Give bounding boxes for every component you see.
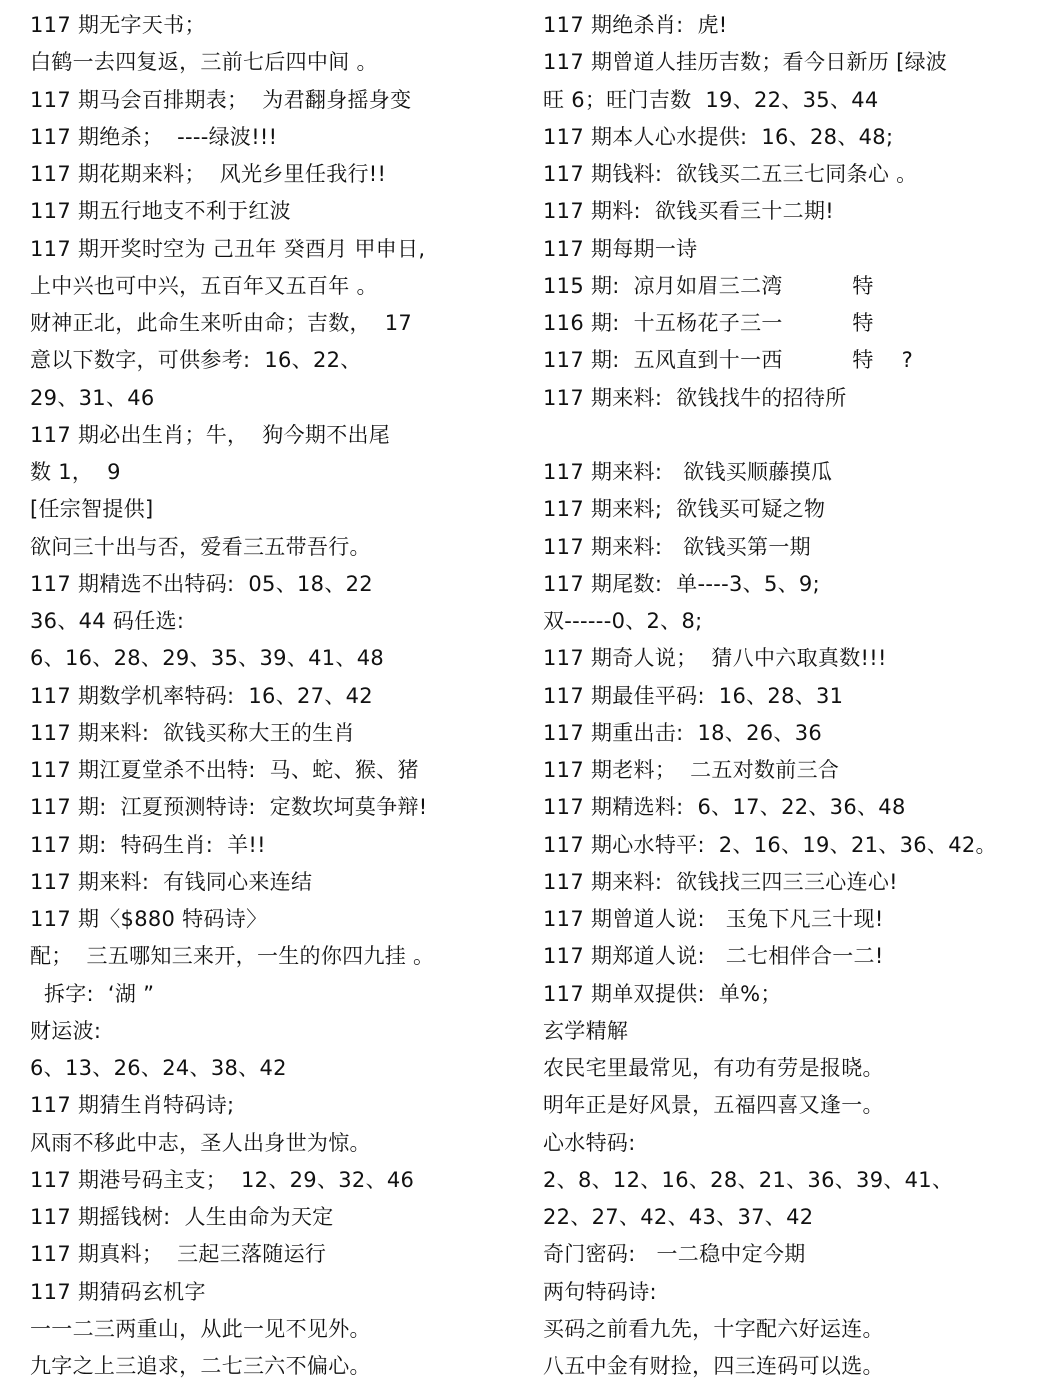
- text-line: 财神正北，此命生来听由命；吉数， 17: [30, 305, 520, 342]
- text-line: 117 期五行地支不利于红波: [30, 193, 520, 230]
- text-line: 117 期来料; 欲钱买可疑之物: [543, 491, 1041, 528]
- text-line: 117 期每期一诗: [543, 231, 1041, 268]
- text-line: 117 期料: 欲钱买看三十二期!: [543, 193, 1041, 230]
- left-column: 117 期无字天书；白鹤一去四复返，三前七后四中间 。117 期马会百排期表； …: [30, 7, 520, 1385]
- text-line: 八五中金有财捡，四三连码可以选。: [543, 1348, 1041, 1385]
- text-line: 117 期〈$880 特码诗〉: [30, 901, 520, 938]
- text-line: 数 1， 9: [30, 454, 520, 491]
- text-line: 风雨不移此中志，圣人出身世为惊。: [30, 1125, 520, 1162]
- text-line: 36、44 码任选:: [30, 603, 520, 640]
- text-line: 奇门密码: 一二稳中定今期: [543, 1236, 1041, 1273]
- text-line: 两句特码诗:: [543, 1274, 1041, 1311]
- text-line: 117 期来料: 欲钱买顺藤摸瓜: [543, 454, 1041, 491]
- text-line: 白鹤一去四复返，三前七后四中间 。: [30, 44, 520, 81]
- text-line: 117 期奇人说； 猜八中六取真数!!!: [543, 640, 1041, 677]
- text-line: 2、8、12、16、28、21、36、39、41、: [543, 1162, 1041, 1199]
- text-line: 6、16、28、29、35、39、41、48: [30, 640, 520, 677]
- text-line: 115 期: 凉月如眉三二湾 特: [543, 268, 1041, 305]
- text-line: 117 期港号码主支； 12、29、32、46: [30, 1162, 520, 1199]
- text-line: 旺 6；旺门吉数 19、22、35、44: [543, 82, 1041, 119]
- text-line: 117 期单双提供: 单%；: [543, 976, 1041, 1013]
- text-line: 农民宅里最常见，有功有劳是报晓。: [543, 1050, 1041, 1087]
- text-line: 117 期马会百排期表； 为君翻身摇身变: [30, 82, 520, 119]
- text-line: 配； 三五哪知三来开，一生的你四九挂 。: [30, 938, 520, 975]
- text-line: 117 期最佳平码: 16、28、31: [543, 678, 1041, 715]
- text-line: 玄学精解: [543, 1013, 1041, 1050]
- text-line: 117 期老料； 二五对数前三合: [543, 752, 1041, 789]
- text-line: 117 期数学机率特码: 16、27、42: [30, 678, 520, 715]
- text-line: 117 期来料: 有钱同心来连结: [30, 864, 520, 901]
- text-line: 九字之上三追求，二七三六不偏心。: [30, 1348, 520, 1385]
- text-line: 117 期江夏堂杀不出特: 马、蛇、猴、猪: [30, 752, 520, 789]
- text-line: 117 期尾数: 单----3、5、9;: [543, 566, 1041, 603]
- text-line: 117 期重出击: 18、26、36: [543, 715, 1041, 752]
- text-line: 117 期本人心水提供: 16、28、48;: [543, 119, 1041, 156]
- text-line: 117 期来料: 欲钱找三四三三心连心!: [543, 864, 1041, 901]
- right-column: 117 期绝杀肖: 虎!117 期曾道人挂历吉数；看今日新历 [绿波旺 6；旺门…: [543, 7, 1041, 1385]
- text-line: 财运波:: [30, 1013, 520, 1050]
- text-line: 欲问三十出与否，爱看三五带吾行。: [30, 529, 520, 566]
- text-line: [任宗智提供]: [30, 491, 520, 528]
- text-line: 117 期曾道人说: 玉兔下凡三十现!: [543, 901, 1041, 938]
- text-line: 一一二三两重山，从此一见不见外。: [30, 1311, 520, 1348]
- text-line: 117 期开奖时空为 己丑年 癸酉月 甲申日,: [30, 231, 520, 268]
- text-line: 117 期心水特平: 2、16、19、21、36、42。: [543, 827, 1041, 864]
- text-line: 117 期真料； 三起三落随运行: [30, 1236, 520, 1273]
- text-line: 117 期精选料: 6、17、22、36、48: [543, 789, 1041, 826]
- text-line: 117 期绝杀肖: 虎!: [543, 7, 1041, 44]
- text-line: 117 期绝杀； ----绿波!!!: [30, 119, 520, 156]
- text-line: 买码之前看九先，十字配六好运连。: [543, 1311, 1041, 1348]
- text-line: 117 期摇钱树: 人生由命为天定: [30, 1199, 520, 1236]
- text-line: [543, 417, 1041, 454]
- text-line: 117 期无字天书；: [30, 7, 520, 44]
- text-line: 双------0、2、8;: [543, 603, 1041, 640]
- text-line: 117 期: 特码生肖: 羊!!: [30, 827, 520, 864]
- text-line: 117 期曾道人挂历吉数；看今日新历 [绿波: [543, 44, 1041, 81]
- text-line: 117 期来料: 欲钱买称大王的生肖: [30, 715, 520, 752]
- text-line: 117 期来料: 欲钱找牛的招待所: [543, 380, 1041, 417]
- text-line: 117 期精选不出特码: 05、18、22: [30, 566, 520, 603]
- text-line: 117 期: 五风直到十一西 特 ?: [543, 342, 1041, 379]
- text-line: 心水特码:: [543, 1125, 1041, 1162]
- text-line: 明年正是好风景，五福四喜又逢一。: [543, 1087, 1041, 1124]
- text-line: 117 期猜码玄机字: [30, 1274, 520, 1311]
- text-line: 117 期来料: 欲钱买第一期: [543, 529, 1041, 566]
- text-line: 117 期猜生肖特码诗;: [30, 1087, 520, 1124]
- text-line: 117 期必出生肖；牛， 狗今期不出尾: [30, 417, 520, 454]
- text-line: 116 期: 十五杨花子三一 特: [543, 305, 1041, 342]
- text-line: 29、31、46: [30, 380, 520, 417]
- text-line: 117 期: 江夏预测特诗: 定数坎坷莫争辩!: [30, 789, 520, 826]
- text-line: 6、13、26、24、38、42: [30, 1050, 520, 1087]
- text-line: 22、27、42、43、37、42: [543, 1199, 1041, 1236]
- text-line: 117 期花期来料； 风光乡里任我行!!: [30, 156, 520, 193]
- text-line: 拆字: ‘湖 ”: [30, 976, 520, 1013]
- text-line: 意以下数字，可供参考: 16、22、: [30, 342, 520, 379]
- text-line: 117 期钱料: 欲钱买二五三七同条心 。: [543, 156, 1041, 193]
- text-line: 117 期郑道人说: 二七相伴合一二!: [543, 938, 1041, 975]
- text-line: 上中兴也可中兴，五百年又五百年 。: [30, 268, 520, 305]
